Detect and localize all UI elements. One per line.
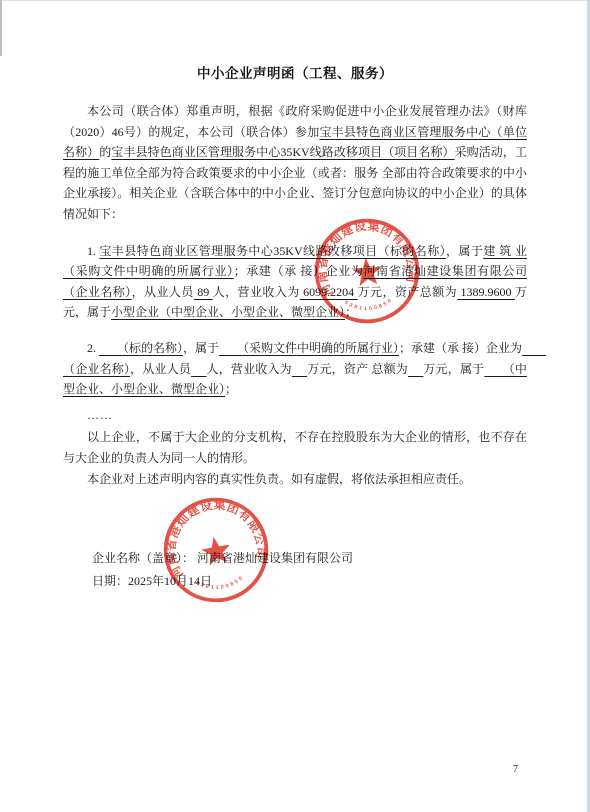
text-segment: ； — [345, 305, 357, 319]
document-body: 本公司（联合体）郑重声明，根据《政府采购促进中小企业发展管理办法》（财库（202… — [63, 101, 527, 489]
text-segment: ，属于 — [183, 341, 219, 355]
text-segment: 万元，资产 总额为 — [307, 362, 408, 376]
underlined-text-segment: 1389.9600 — [457, 285, 515, 299]
item-1-paragraph: 1. 宝丰县特色商业区管理服务中心35KV线路改移项目（标的名称），属于建 筑 … — [63, 241, 527, 323]
text-segment: ，属于 — [446, 244, 483, 258]
closing-paragraph-2: 本企业对上述声明内容的真实性负责。如有虚假，将依法承担相应责任。 — [63, 469, 527, 490]
underlined-text-segment: 小型企业（中型企业、小型企业、微型企业） — [111, 305, 345, 319]
text-segment: 以上企业，不属于大企业的分支机构，不存在控股股东为大企业的情形，也不存在与大企业… — [63, 430, 527, 465]
text-segment: 人，营业收入为 — [213, 285, 300, 299]
text-segment: 的 — [99, 145, 111, 159]
scan-edge-top — [0, 0, 590, 1]
underlined-text-segment — [292, 362, 307, 376]
text-segment: …… — [87, 408, 113, 422]
underlined-text-segment: 宝丰县特色商业区管理服务中心35KV线路改移项目（项目名称） — [111, 145, 454, 159]
text-segment: ；承建（承 接）企业为 — [399, 341, 522, 355]
underlined-text-segment: 宝丰县特色商业区管理服务中心35KV线路改移项目（标的名称） — [99, 244, 446, 258]
page: 中小企业声明函（工程、服务） 本公司（联合体）郑重声明，根据《政府采购促进中小企… — [0, 0, 590, 812]
item-2-paragraph: 2. （标的名称），属于 （采购文件中明确的所属行业）；承建（承 接）企业为 （… — [63, 338, 527, 400]
underlined-text-segment: 6099.2204 — [300, 285, 358, 299]
text-segment: ；承建（承 接）企业为 — [234, 264, 364, 278]
text-segment: ，从业人员 — [130, 362, 191, 376]
text-segment: 人，营业收入为 — [207, 362, 292, 376]
page-number: 7 — [513, 764, 518, 776]
text-segment: 本企业对上述声明内容的真实性负责。如有虚假，将依法承担相应责任。 — [87, 472, 471, 486]
intro-paragraph: 本公司（联合体）郑重声明，根据《政府采购促进中小企业发展管理办法》（财库（202… — [63, 101, 527, 225]
document: 中小企业声明函（工程、服务） 本公司（联合体）郑重声明，根据《政府采购促进中小企… — [63, 64, 527, 593]
signature-company-line: 企业名称（盖章）： 河南省港灿建设集团有限公司 — [92, 547, 527, 570]
signature-block: 企业名称（盖章）： 河南省港灿建设集团有限公司 日期：2025年10月14日 — [92, 547, 527, 593]
underlined-text-segment: （标的名称） — [99, 341, 183, 355]
text-segment: 1. — [87, 244, 99, 258]
text-segment: ； — [225, 382, 237, 396]
closing-paragraph-1: 以上企业，不属于大企业的分支机构，不存在控股股东为大企业的情形，也不存在与大企业… — [63, 427, 527, 468]
ellipsis-paragraph: …… — [63, 405, 527, 426]
underlined-text-segment: （采购文件中明确的所属行业） — [219, 341, 399, 355]
scan-edge-left — [0, 0, 2, 56]
signature-date-line: 日期：2025年10月14日 — [92, 570, 527, 593]
underlined-text-segment — [191, 362, 206, 376]
text-segment: ，从业人员 — [132, 285, 194, 299]
text-segment: 万元，资产总额为 — [358, 285, 457, 299]
underlined-text-segment: 89 — [194, 285, 213, 299]
underlined-text-segment — [408, 362, 423, 376]
document-title: 中小企业声明函（工程、服务） — [63, 64, 527, 84]
text-segment: 2. — [87, 341, 99, 355]
text-segment: 万元，属于 — [423, 362, 484, 376]
